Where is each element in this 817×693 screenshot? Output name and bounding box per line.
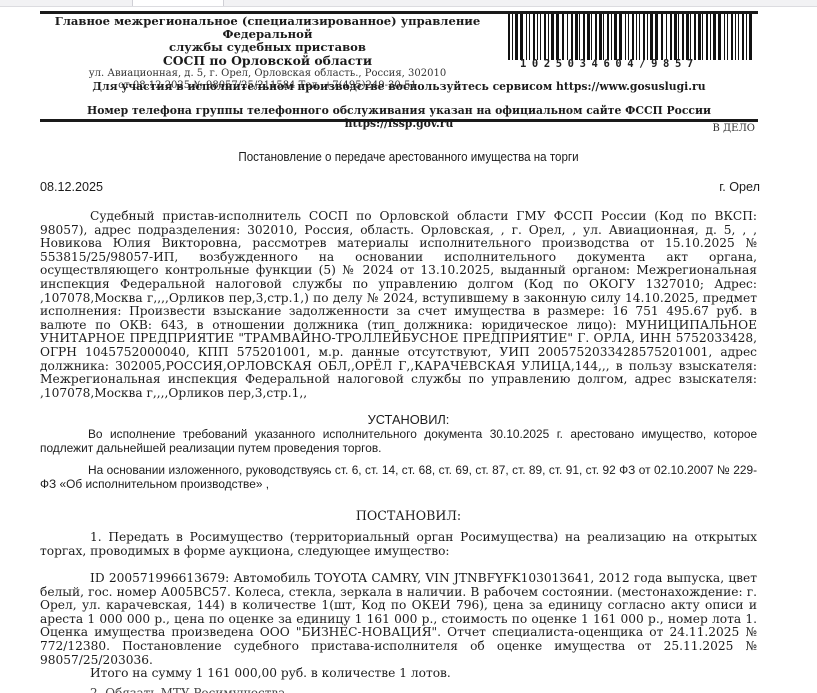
basis-text: На основании изложенного, руководствуясь… [40, 463, 757, 491]
header-bottom-rule [40, 119, 758, 122]
barcode-number: 1025034604/9857 [520, 58, 760, 70]
phone-notice: Номер телефона группы телефонного обслуж… [40, 104, 758, 130]
cut-off-line: 2. Обязать МТУ Росимущества... [90, 686, 297, 693]
property-text: ID 200571996613679: Автомобиль TOYOTA CA… [40, 571, 757, 667]
filing-stamp: В ДЕЛО [713, 123, 756, 134]
item1-text: 1. Передать в Росимущество (территориаль… [40, 530, 757, 558]
item1-paragraph: 1. Передать в Росимущество (территориаль… [40, 531, 757, 558]
document-date: 08.12.2025 [40, 180, 103, 194]
document-title: Постановление о передаче арестованного и… [33, 150, 785, 164]
total-paragraph: Итого на сумму 1 161 000,00 руб. в колич… [40, 667, 757, 681]
issuer-org-line1: Главное межрегиональное (специализирован… [40, 15, 495, 41]
established-paragraph: Во исполнение требований указанного испо… [40, 427, 757, 455]
established-text: Во исполнение требований указанного испо… [40, 427, 757, 455]
issuer-address: ул. Авиационная, д. 5, г. Орел, Орловска… [40, 68, 495, 80]
barcode [508, 14, 756, 60]
viewer-tab[interactable] [132, 0, 224, 6]
property-paragraph: ID 200571996613679: Автомобиль TOYOTA CA… [40, 572, 757, 667]
basis-paragraph: На основании изложенного, руководствуясь… [40, 463, 757, 491]
document-city: г. Орел [719, 180, 760, 194]
intro-text: Судебный пристав-исполнитель СОСП по Орл… [40, 209, 757, 400]
total-text: Итого на сумму 1 161 000,00 руб. в колич… [90, 666, 451, 680]
intro-paragraph: Судебный пристав-исполнитель СОСП по Орл… [40, 210, 757, 400]
issuer-department: СОСП по Орловской области [40, 54, 495, 68]
gosuslugi-notice: Для участия в исполнительном производств… [40, 80, 758, 93]
viewer-toolbar-strip [0, 0, 817, 7]
resolved-heading: ПОСТАНОВИЛ: [0, 508, 817, 523]
established-heading: УСТАНОВИЛ: [0, 412, 817, 427]
